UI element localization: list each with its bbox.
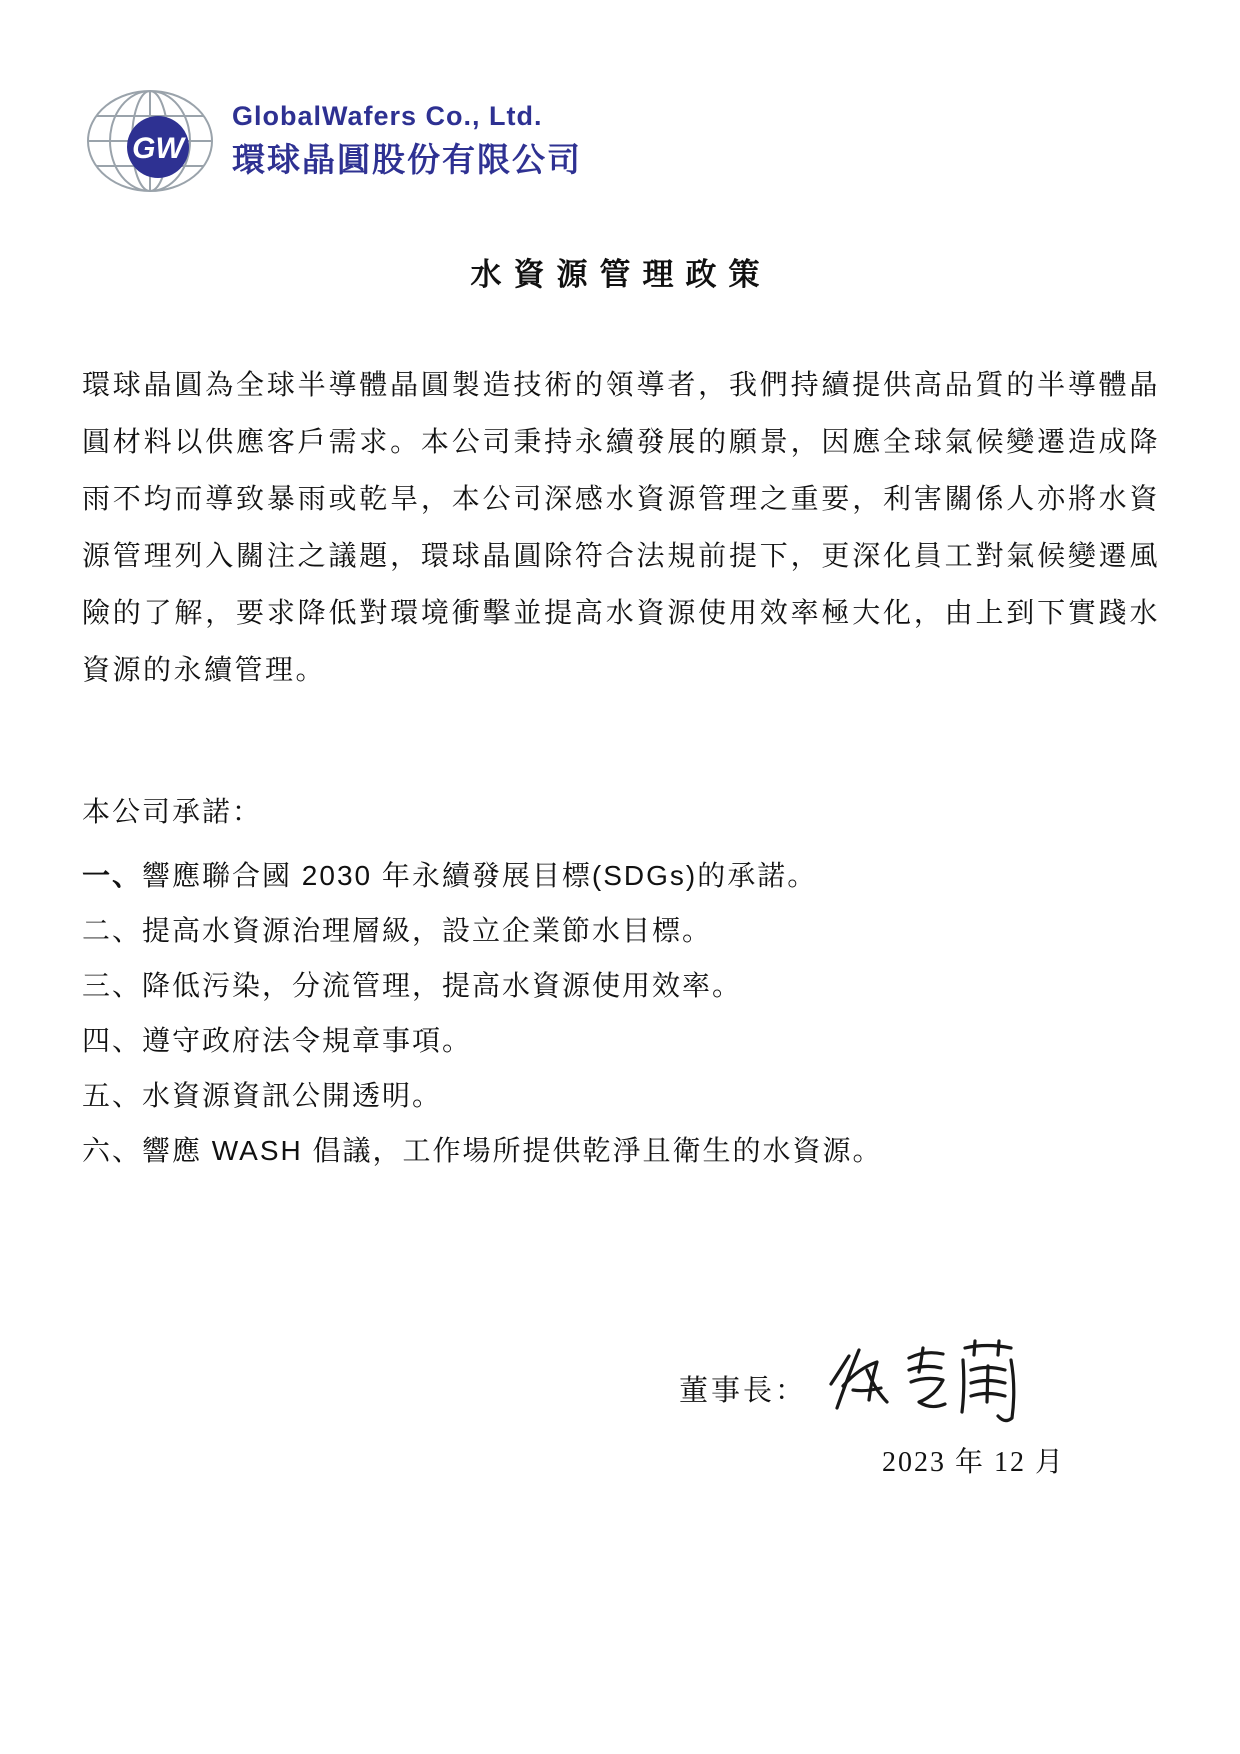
commitment-list: 一、響應聯合國 2030 年永續發展目標(SDGs)的承諾。 二、提高水資源治理…	[82, 848, 1160, 1178]
gw-monogram: GW	[132, 132, 186, 165]
item-marker: 一、	[82, 860, 142, 891]
document-date: 2023 年 12 月	[882, 1440, 1065, 1480]
policy-document-page: GW GlobalWafers Co., Ltd. 環球晶圓股份有限公司 水資源…	[0, 0, 1240, 1754]
commitment-item: 六、響應 WASH 倡議，工作場所提供乾淨且衛生的水資源。	[82, 1123, 1160, 1178]
page-title: 水資源管理政策	[82, 249, 1160, 294]
logo-text: GlobalWafers Co., Ltd. 環球晶圓股份有限公司	[232, 101, 582, 181]
intro-paragraph: 環球晶圓為全球半導體晶圓製造技術的領導者，我們持續提供高品質的半導體晶圓材料以供…	[82, 356, 1160, 698]
item-text: 遵守政府法令規章事項。	[142, 1025, 472, 1056]
company-name-en: GlobalWafers Co., Ltd.	[232, 101, 582, 132]
item-text: 提高水資源治理層級，設立企業節水目標。	[142, 915, 712, 946]
item-marker: 三、	[82, 970, 142, 1001]
item-text: 降低污染，分流管理，提高水資源使用效率。	[142, 970, 742, 1001]
commitment-item: 五、水資源資訊公開透明。	[82, 1068, 1160, 1123]
commitment-item: 二、提高水資源治理層級，設立企業節水目標。	[82, 903, 1160, 958]
item-text: 水資源資訊公開透明。	[142, 1080, 442, 1111]
commitment-item: 一、響應聯合國 2030 年永續發展目標(SDGs)的承諾。	[82, 848, 1160, 903]
commitment-heading: 本公司承諾：	[82, 790, 1160, 830]
item-text: 響應聯合國 2030 年永續發展目標(SDGs)的承諾。	[142, 860, 817, 891]
chairman-signature	[825, 1338, 1040, 1438]
globe-logo-icon: GW	[86, 87, 218, 195]
company-name-zh: 環球晶圓股份有限公司	[232, 134, 582, 181]
item-text: 響應 WASH 倡議，工作場所提供乾淨且衛生的水資源。	[142, 1135, 883, 1166]
item-marker: 六、	[82, 1135, 142, 1166]
company-logo: GW GlobalWafers Co., Ltd. 環球晶圓股份有限公司	[86, 85, 1160, 197]
item-marker: 二、	[82, 915, 142, 946]
chairman-label: 董事長：	[679, 1368, 807, 1409]
commitment-item: 四、遵守政府法令規章事項。	[82, 1013, 1160, 1068]
commitment-item: 三、降低污染，分流管理，提高水資源使用效率。	[82, 958, 1160, 1013]
item-marker: 四、	[82, 1025, 142, 1056]
item-marker: 五、	[82, 1080, 142, 1111]
signature-block: 董事長：	[0, 1338, 1240, 1438]
